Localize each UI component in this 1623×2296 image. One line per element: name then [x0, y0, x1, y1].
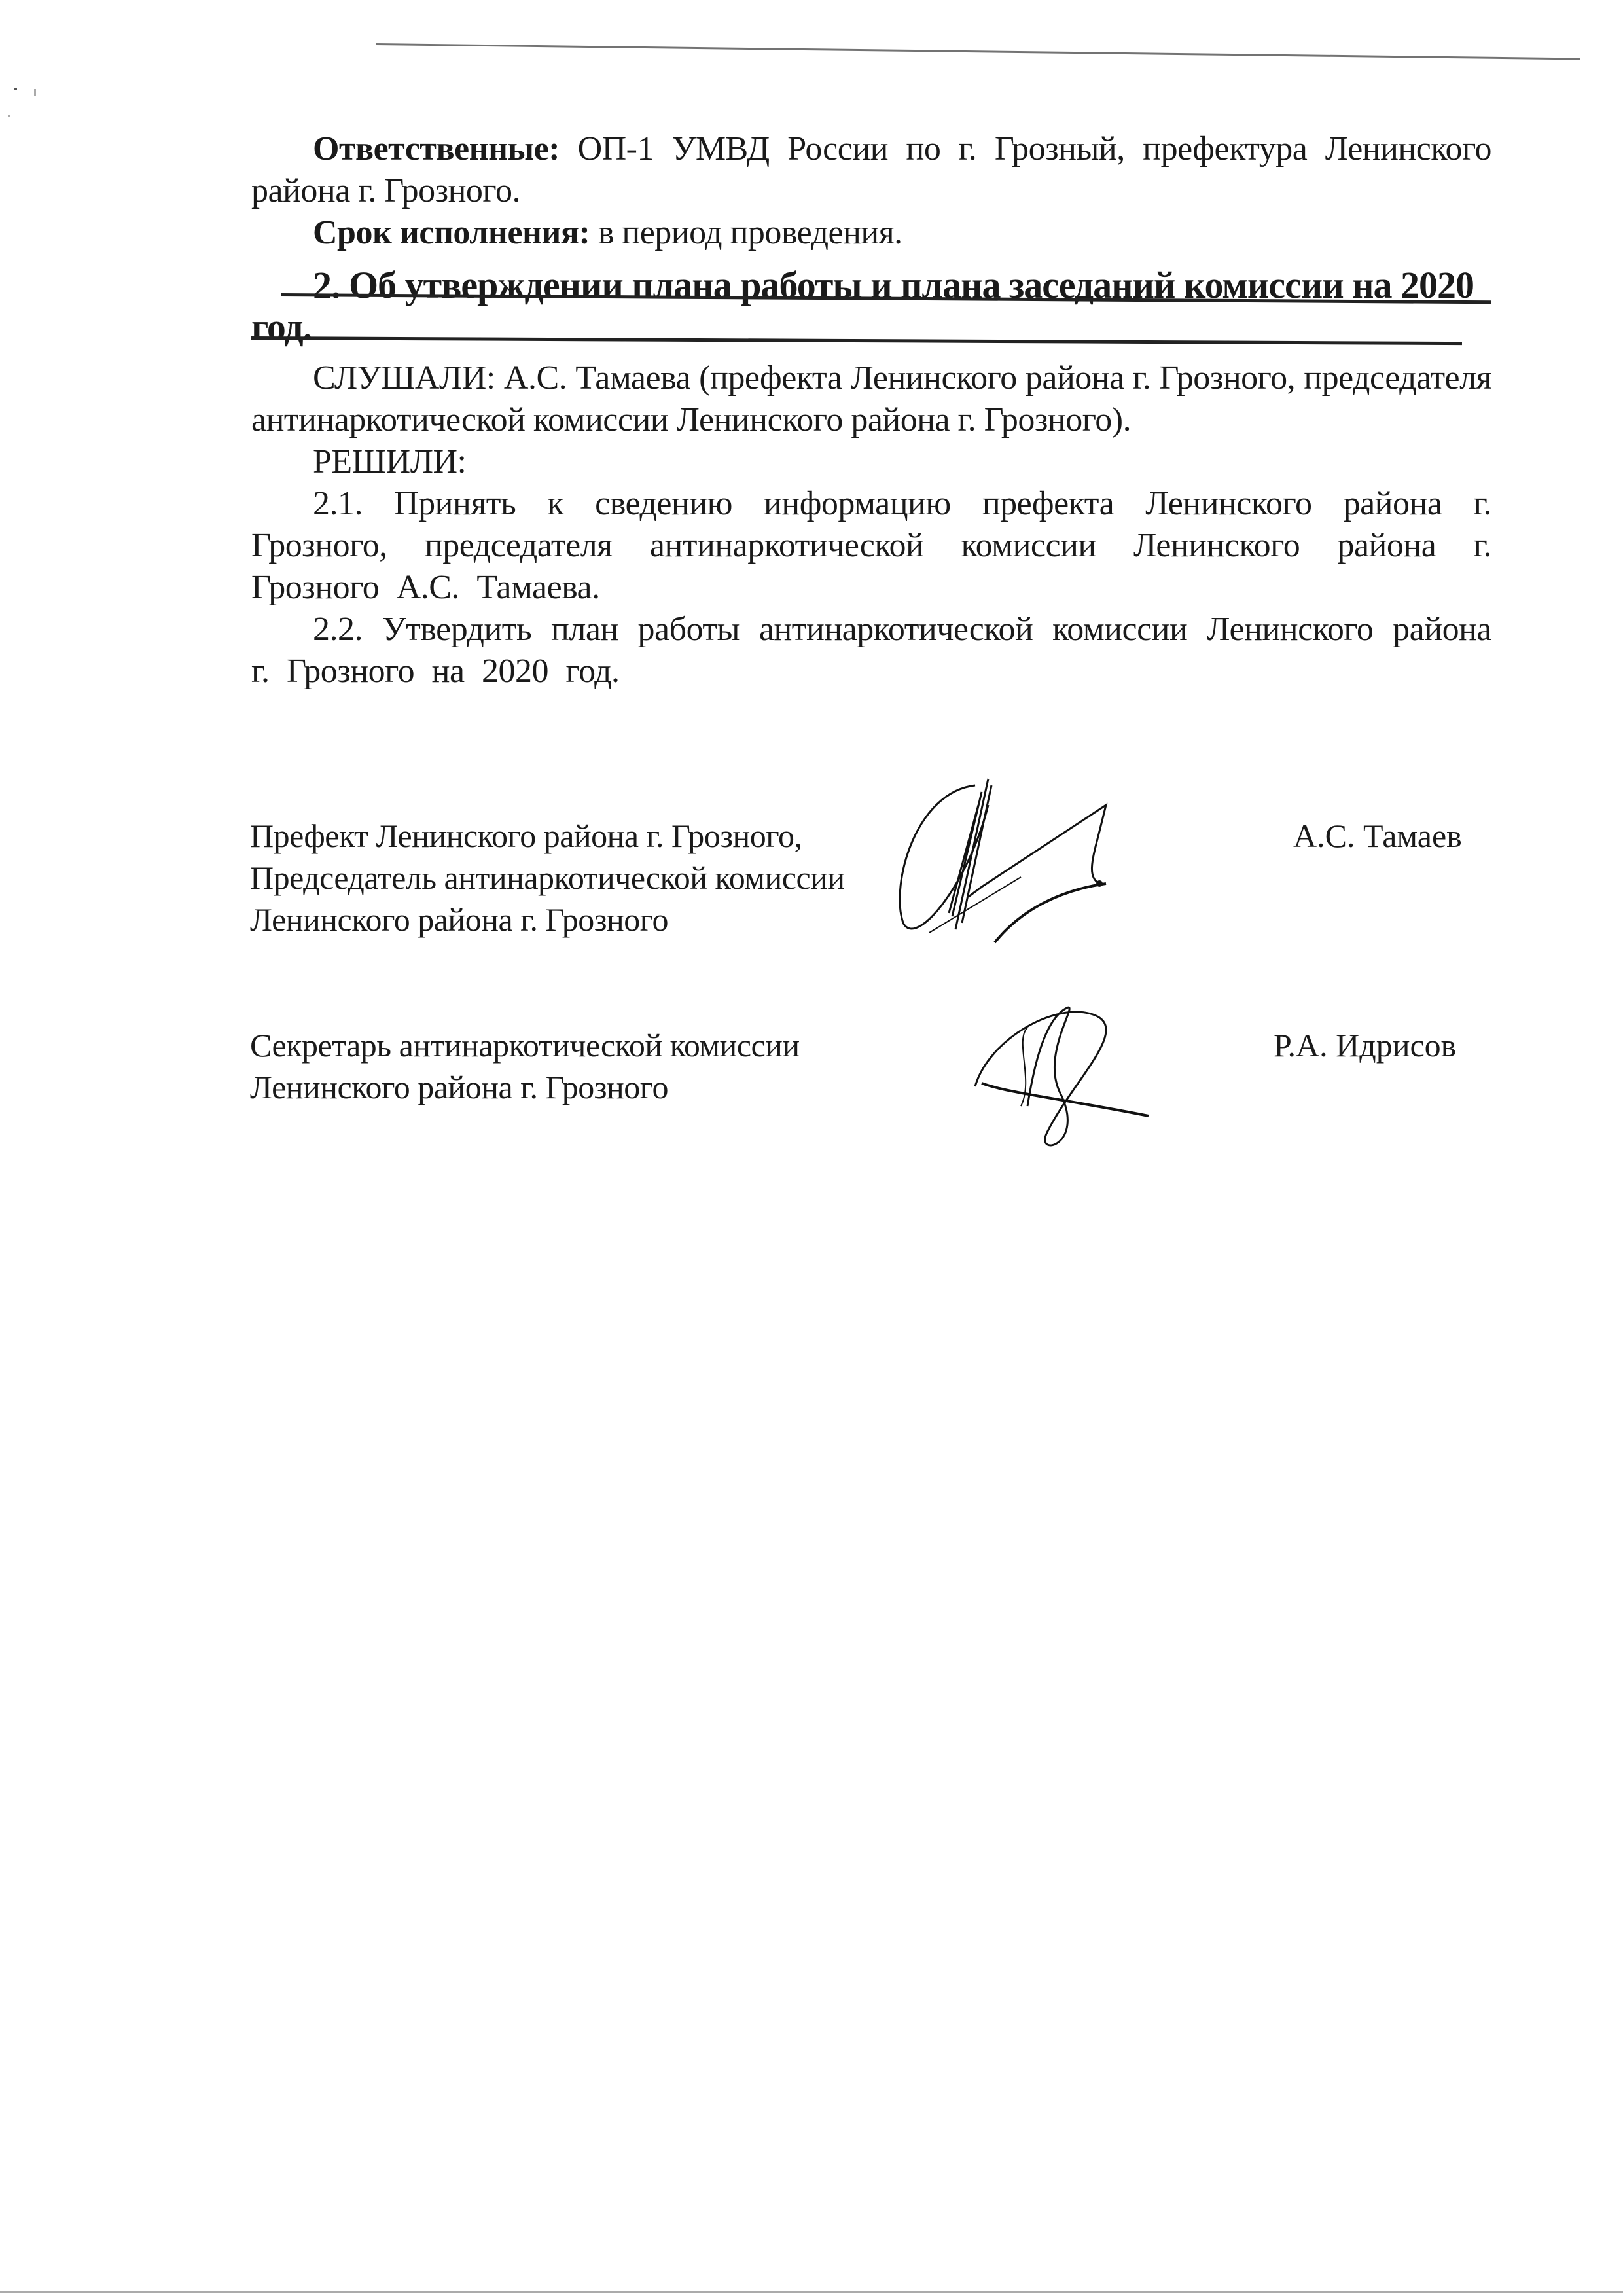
- signatory-position-line: Префект Ленинского района г. Грозного,: [250, 815, 845, 857]
- deadline-label: Срок исполнения:: [313, 214, 590, 251]
- decision-item: 2.1. Принять к сведению информацию префе…: [251, 483, 1491, 609]
- signature-idrisov: [969, 1001, 1270, 1145]
- signature-tamaev: [890, 779, 1257, 949]
- heard-paragraph: СЛУШАЛИ: А.С. Тамаева (префекта Ленинско…: [251, 357, 1491, 441]
- signatory-position: Префект Ленинского района г. Грозного, П…: [250, 815, 845, 941]
- signatory-position-line: Ленинского района г. Грозного: [250, 899, 845, 941]
- decided-label: РЕШИЛИ:: [313, 441, 1491, 483]
- scan-speck: [8, 115, 10, 117]
- signatory-position: Секретарь антинаркотической комиссии Лен…: [250, 1024, 800, 1108]
- section-title-line-2: год.: [251, 306, 312, 348]
- responsible-paragraph: Ответственные: ОП-1 УМВД России по г. Гр…: [251, 128, 1491, 212]
- scan-artifact-line: [376, 43, 1580, 60]
- deadline-paragraph: Срок исполнения: в период проведения.: [251, 212, 1491, 254]
- decision-item: 2.2. Утвердить план работы антинаркотиче…: [251, 609, 1491, 692]
- section-number: 2.: [313, 264, 349, 306]
- scan-speck: [14, 88, 17, 90]
- scan-artifact-line: [0, 2291, 1623, 2293]
- responsible-label: Ответственные:: [313, 130, 560, 168]
- signatory-position-line: Секретарь антинаркотической комиссии: [250, 1024, 800, 1066]
- scan-speck: [34, 89, 36, 96]
- signatory-name: А.С. Тамаев: [1293, 815, 1462, 857]
- signatory-position-line: Ленинского района г. Грозного: [250, 1066, 800, 1108]
- signatory-position-line: Председатель антинаркотической комиссии: [250, 857, 845, 899]
- deadline-text: в период проведения.: [590, 214, 902, 251]
- signatory-name: Р.А. Идрисов: [1274, 1024, 1456, 1066]
- section-heading: 2. Об утверждении плана работы и плана з…: [251, 264, 1491, 348]
